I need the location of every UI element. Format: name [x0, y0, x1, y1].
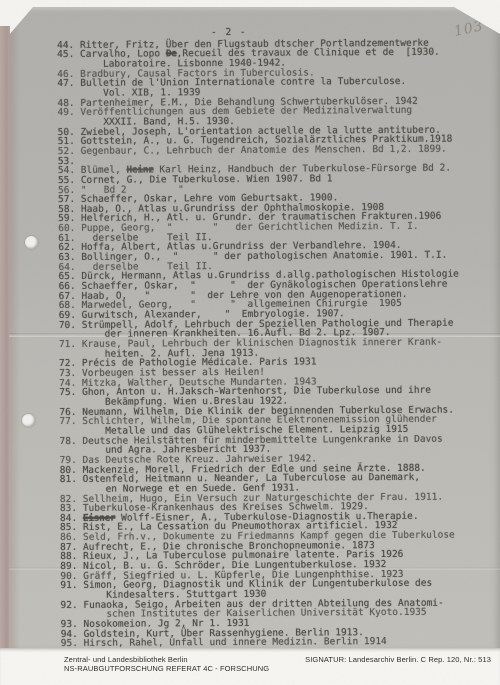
department-label: NS-RAUBGUTFORSCHUNG REFERAT 4C - FORSCHU…: [64, 664, 269, 673]
punch-hole-icon: [25, 236, 38, 249]
struck-text: Heinz: [126, 165, 153, 176]
page-number: - 2 -: [211, 26, 496, 37]
footer-left-block: Zentral- und Landesbibliothek Berlin NS-…: [64, 655, 269, 673]
scan-footer: Zentral- und Landesbibliothek Berlin NS-…: [0, 648, 500, 685]
page-edge-strip: [0, 26, 10, 648]
typewritten-content: - 2 - 44. Ritter, Fritz, Über den Flugst…: [57, 26, 500, 649]
signature-label: SIGNATUR: Landesarchiv Berlin. C Rep. 12…: [305, 655, 491, 664]
bibliography-line: 78. Deutsche Heilstätten für minderbemit…: [59, 434, 498, 446]
scanned-page: 103 - 2 - 44. Ritter, Fritz, Über den Fl…: [0, 0, 500, 685]
bibliography-list: 44. Ritter, Fritz, Über den Flugstaub dt…: [57, 38, 500, 649]
bibliography-line: 52. Gegenbaur, C., Lehrbuch der Anatomie…: [58, 144, 497, 156]
document-page: 103 - 2 - 44. Ritter, Fritz, Über den Fl…: [9, 7, 500, 649]
library-name: Zentral- und Landesbibliothek Berlin: [64, 655, 269, 664]
punch-hole-icon: [22, 414, 35, 427]
